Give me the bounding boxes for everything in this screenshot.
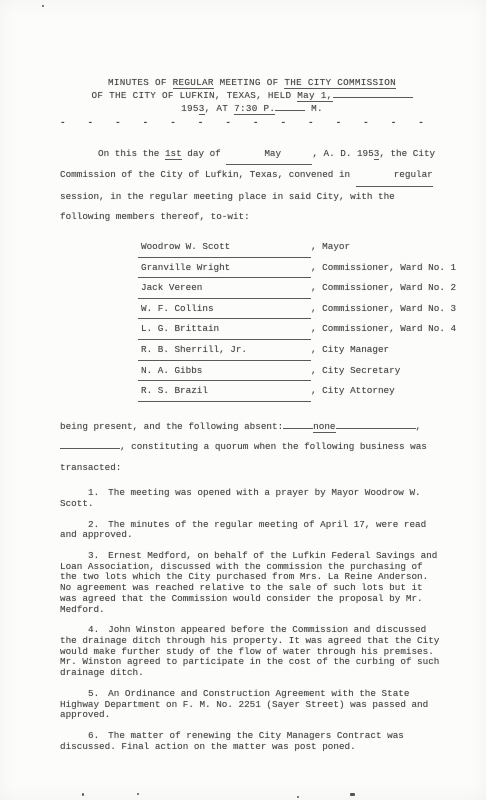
title-regular-blank: REGULAR <box>173 77 214 89</box>
empty-blank <box>275 102 305 111</box>
separator: , <box>311 323 322 334</box>
scan-speck <box>42 5 44 7</box>
member-name: R. S. Brazil <box>138 381 311 402</box>
title-text: , AT <box>205 103 234 114</box>
member-row: Jack Vereen, Commissioner, Ward No. 2 <box>138 278 444 299</box>
item-text: The matter of renewing the City Managers… <box>60 730 404 752</box>
minutes-item-6: 6.The matter of renewing the City Manage… <box>60 731 444 752</box>
day-blank: 1st <box>165 148 182 160</box>
intro-text: , A. D. 195 <box>312 148 373 159</box>
item-text: John Winston appeared before the Commiss… <box>60 624 439 678</box>
separator: , <box>311 385 322 396</box>
intro-text: On this the <box>98 148 165 159</box>
minutes-item-4: 4.John Winston appeared before the Commi… <box>60 625 444 679</box>
member-name: Granville Wright <box>138 258 311 279</box>
member-name: R. B. Sherrill, Jr. <box>138 340 311 361</box>
member-name: Jack Vereen <box>138 278 311 299</box>
members-list: Woodrow W. Scott, Mayor Granville Wright… <box>138 237 444 402</box>
document-content: MINUTES OF REGULAR MEETING OF THE CITY C… <box>60 76 444 752</box>
session-type-blank: regular <box>356 165 433 187</box>
member-row: R. S. Brazil, City Attorney <box>138 381 444 402</box>
quorum-text: , <box>416 421 422 432</box>
item-number: 1. <box>88 487 99 498</box>
item-number: 3. <box>88 550 99 561</box>
item-text: An Ordinance and Construction Agreement … <box>60 688 428 720</box>
scanned-minutes-page: MINUTES OF REGULAR MEETING OF THE CITY C… <box>0 0 486 800</box>
intro-text: session, in the regular meeting place in… <box>60 191 395 223</box>
item-text: Ernest Medford, on behalf of the Lufkin … <box>60 550 437 615</box>
member-title: Commissioner, Ward No. 3 <box>322 303 456 314</box>
item-text: The minutes of the regular meeting of Ap… <box>60 519 426 541</box>
scan-speck <box>350 793 355 796</box>
scan-speck <box>82 793 84 796</box>
separator: , <box>311 365 322 376</box>
member-name: L. G. Brittain <box>138 319 311 340</box>
member-title: Commissioner, Ward No. 4 <box>322 323 456 334</box>
minutes-item-2: 2.The minutes of the regular meeting of … <box>60 520 444 541</box>
item-number: 6. <box>88 730 99 741</box>
quorum-text: being present, and the following absent: <box>60 421 283 432</box>
empty-blank <box>336 420 416 429</box>
item-number: 2. <box>88 519 99 530</box>
separator: , <box>311 241 322 252</box>
title-text: 195 <box>181 103 199 114</box>
item-number: 4. <box>88 624 99 635</box>
minutes-item-3: 3.Ernest Medford, on behalf of the Lufki… <box>60 551 444 615</box>
member-row: Woodrow W. Scott, Mayor <box>138 237 444 258</box>
title-text: MINUTES OF <box>108 77 173 88</box>
minutes-item-5: 5.An Ordinance and Construction Agreemen… <box>60 689 444 721</box>
member-row: R. B. Sherrill, Jr., City Manager <box>138 340 444 361</box>
title-line-1: MINUTES OF REGULAR MEETING OF THE CITY C… <box>60 76 444 89</box>
title-commission-text: THE CITY COMMISSION <box>284 77 396 89</box>
intro-text: day of <box>182 148 227 159</box>
title-text: MEETING OF <box>214 77 285 88</box>
empty-blank <box>333 89 413 98</box>
empty-blank <box>60 440 120 449</box>
absent-blank: none <box>313 421 335 433</box>
separator: , <box>311 303 322 314</box>
document-title: MINUTES OF REGULAR MEETING OF THE CITY C… <box>60 76 444 115</box>
dashed-separator: - - - - - - - - - - - - - - - - - - - - … <box>60 118 444 129</box>
minutes-item-1: 1.The meeting was opened with a prayer b… <box>60 488 444 509</box>
member-title: City Attorney <box>322 385 395 396</box>
member-title: City Manager <box>322 344 389 355</box>
member-title: Commissioner, Ward No. 2 <box>322 282 456 293</box>
member-title: City Secretary <box>322 365 400 376</box>
quorum-paragraph: being present, and the following absent:… <box>60 417 444 479</box>
item-text: The meeting was opened with a prayer by … <box>60 487 421 509</box>
title-date-blank: May 1, <box>297 90 332 102</box>
title-text: OF THE CITY OF LUFKIN, TEXAS, HELD <box>91 90 297 101</box>
empty-blank <box>283 420 313 429</box>
item-number: 5. <box>88 688 99 699</box>
title-line-3: 1953, AT 7:30 P. M. <box>60 102 444 115</box>
separator: , <box>311 344 322 355</box>
separator: , <box>311 262 322 273</box>
member-row: L. G. Brittain, Commissioner, Ward No. 4 <box>138 319 444 340</box>
member-name: Woodrow W. Scott <box>138 237 311 258</box>
title-line-2: OF THE CITY OF LUFKIN, TEXAS, HELD May 1… <box>60 89 444 102</box>
title-text: M. <box>305 103 323 114</box>
title-time-blank: 7:30 P. <box>234 103 275 115</box>
member-title: Mayor <box>322 241 350 252</box>
member-name: W. F. Collins <box>138 299 311 320</box>
member-row: W. F. Collins, Commissioner, Ward No. 3 <box>138 299 444 320</box>
member-name: N. A. Gibbs <box>138 361 311 382</box>
scan-speck <box>297 796 299 798</box>
member-title: Commissioner, Ward No. 1 <box>322 262 456 273</box>
intro-paragraph: On this the 1st day of May, A. D. 1953, … <box>60 144 444 228</box>
member-row: N. A. Gibbs, City Secretary <box>138 361 444 382</box>
month-blank: May <box>226 144 312 166</box>
member-row: Granville Wright, Commissioner, Ward No.… <box>138 258 444 279</box>
scan-speck <box>137 793 139 795</box>
separator: , <box>311 282 322 293</box>
